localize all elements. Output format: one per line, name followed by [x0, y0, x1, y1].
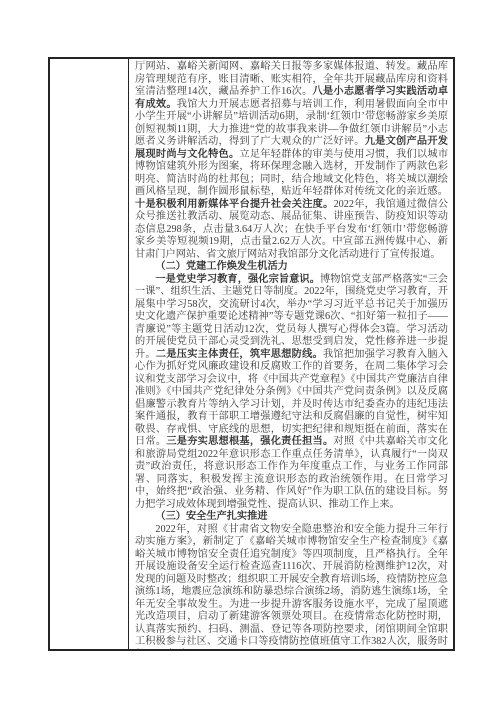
text-run: 2022年，对照《甘肃省文物安全隐患整治和安全能力提升三年行动实施方案》，新制定… [135, 524, 448, 650]
bold-run: 二是压实主体责任，筑牢思想防线。 [156, 349, 323, 360]
bold-run: （二）党建工作焕发生机活力 [155, 261, 287, 272]
bold-run: 十是积极利用新媒体平台提升社会关注度。 [135, 199, 334, 210]
paragraph: 一是党史学习教育，强化宗旨意识。博物馆党支部严格落实“三会一课”、组织生活、主题… [135, 274, 448, 512]
paragraph: 厅网站、嘉峪关新闻网、嘉峪关日报等多家媒体报道、转发。藏品库房管理规范有序，账目… [135, 61, 448, 261]
bold-run: （三）安全生产扎实推进 [155, 511, 267, 522]
table-left-column [50, 59, 129, 649]
document-page: 厅网站、嘉峪关新闻网、嘉峪关日报等多家媒体报道、转发。藏品库房管理规范有序，账目… [0, 0, 500, 707]
table-content-column: 厅网站、嘉峪关新闻网、嘉峪关日报等多家媒体报道、转发。藏品库房管理规范有序，账目… [129, 59, 453, 649]
section-heading: （二）党建工作焕发生机活力 [135, 261, 448, 274]
paragraph: 2022年，对照《甘肃省文物安全隐患整治和安全能力提升三年行动实施方案》，新制定… [135, 524, 448, 650]
text-run: 我馆把加强学习教育入脑入心作为抓好党风廉政建设和反腐败工作的首要务，在周二集体学… [135, 349, 448, 448]
report-table: 厅网站、嘉峪关新闻网、嘉峪关日报等多家媒体报道、转发。藏品库房管理规范有序，账目… [48, 57, 455, 651]
text-run: 博物馆党支部严格落实“三会一课”、组织生活、主题党日等制度。2022年，围绕党史… [135, 274, 448, 360]
bold-run: 一是党史学习教育，强化宗旨意识。 [155, 274, 320, 285]
section-heading: （三）安全生产扎实推进 [135, 511, 448, 524]
bold-run: 三是夯实思想根基，强化责任担当。 [166, 436, 333, 447]
text-run: 对照《中共嘉峪关市文化和旅游局党组2022年意识形态工作重点任务清单》，认真履行… [135, 436, 448, 510]
